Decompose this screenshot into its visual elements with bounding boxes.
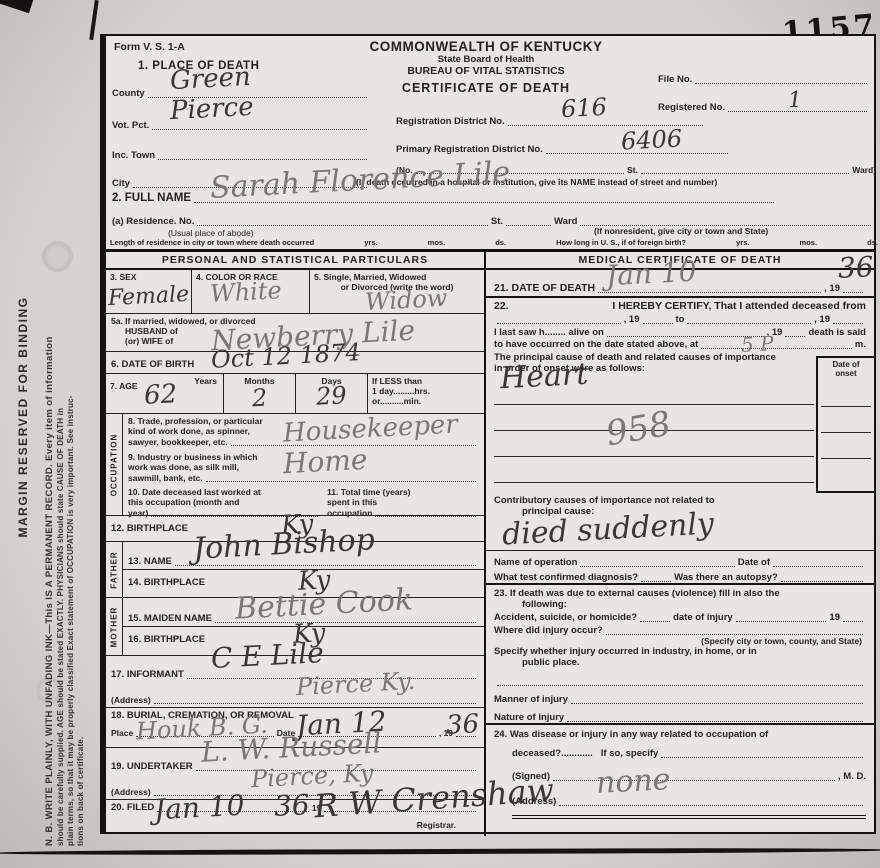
- file-no-row: File No.: [658, 74, 870, 85]
- mother-name-label: 15. MAIDEN NAME: [128, 613, 212, 624]
- onset-label-2: onset: [818, 369, 874, 378]
- q23-2: following:: [522, 599, 866, 610]
- margin-line-2: should be carefully supplied. AGE should…: [56, 34, 65, 846]
- contributory-value: died suddenly: [501, 509, 714, 550]
- primary-district-row: Primary Registration District No. 6406: [396, 144, 731, 155]
- primary-district-value: 6406: [620, 126, 682, 153]
- contributory-block: Contributory causes of importance not re…: [486, 493, 874, 551]
- sex-race-marital-row: 3. SEX Female 4. COLOR OR RACE White 5. …: [106, 270, 484, 314]
- q24-1: 24. Was disease or injury in any way rel…: [494, 729, 866, 740]
- occupation-side-label: OCCUPATION: [110, 433, 119, 496]
- age-days-value: 29: [315, 383, 347, 409]
- informant-address-label: (Address): [111, 695, 151, 705]
- q23-8: Specify whether injury occurred in indus…: [494, 646, 866, 657]
- marital-cell: 5. Single, Married, Widowed or Divorced …: [310, 270, 484, 313]
- dob-row: 6. DATE OF BIRTH Oct 12 1874: [106, 352, 484, 374]
- certify-block: 22. I HEREBY CERTIFY, That I attended de…: [486, 298, 874, 352]
- certify-from-blank: [497, 314, 621, 324]
- date-of-death-label: 21. DATE OF DEATH: [494, 282, 595, 294]
- onset-line-2: [821, 432, 871, 433]
- age-years-value: 62: [143, 381, 177, 409]
- how-long-us-label: How long in U. S., if of foreign birth?: [556, 238, 686, 247]
- contributory-1: Contributory causes of importance not re…: [494, 495, 866, 506]
- occupation-group: OCCUPATION 8. Trade, profession, or part…: [106, 414, 484, 516]
- undertaker-address-label: (Address): [111, 787, 151, 797]
- reg-district-label: Registration District No.: [396, 116, 505, 127]
- informant-address-value: Pierce Ky.: [295, 669, 415, 699]
- onset-line-3: [821, 458, 871, 459]
- undertaker-label: 19. UNDERTAKER: [111, 761, 193, 772]
- residence-ward-blank: [580, 216, 871, 226]
- occurred-hour-blank: [701, 339, 852, 349]
- board-title: State Board of Health: [321, 54, 651, 65]
- age-less-3: or..........min.: [372, 396, 480, 406]
- margin-line-3: plain terms, so that it may be properly …: [66, 34, 75, 846]
- certify-19a: , 19: [624, 314, 640, 325]
- industry-row: 9. Industry or business in which work wa…: [123, 450, 484, 485]
- q23-where-label: Where did injury occur?: [494, 625, 603, 636]
- us-ds-label: ds.: [867, 238, 878, 247]
- file-no-label: File No.: [658, 74, 692, 85]
- full-name-label: 2. FULL NAME: [112, 192, 191, 204]
- mother-side-label: MOTHER: [110, 606, 119, 647]
- q24-deceased-label: deceased?............: [512, 748, 593, 759]
- q23-injury-date-blank: [736, 612, 827, 622]
- residence-ward-label: Ward: [554, 216, 577, 227]
- age-days-cell: Days 29: [296, 374, 368, 413]
- test-autopsy-row: What test confirmed diagnosis? Was there…: [486, 568, 874, 585]
- age-row: 7. AGE Years 62 Months 2 Days 29 If LESS…: [106, 374, 484, 414]
- age-less-2: 1 day.........hrs.: [372, 386, 480, 396]
- q23-specify-note: (Specify city or town, county, and State…: [494, 636, 862, 646]
- race-cell: 4. COLOR OR RACE White: [192, 270, 310, 313]
- q24-specify-label: If so, specify: [601, 748, 659, 759]
- street-st-label: St.: [627, 165, 638, 175]
- length-residence-strip: Length of residence in city or town wher…: [110, 238, 878, 247]
- cause-rule-4: [494, 482, 814, 483]
- md-label: , M. D.: [838, 771, 866, 782]
- inc-town-row: Inc. Town: [112, 150, 370, 161]
- informant-address-row: (Address) Pierce Ky.: [106, 682, 484, 708]
- nature-blank: [567, 712, 863, 722]
- external-causes-block: 23. If death was due to external causes …: [486, 585, 874, 685]
- scanned-paper: 1157 MARGIN RESERVED FOR BINDING N. B. W…: [0, 0, 880, 868]
- total-time-label-2: spent in this: [327, 497, 479, 507]
- sex-cell: 3. SEX Female: [106, 270, 192, 313]
- county-label: County: [112, 88, 145, 99]
- autopsy-blank: [781, 572, 863, 582]
- occupation-side-cell: OCCUPATION: [106, 414, 123, 515]
- last-worked-label-1: 10. Date deceased last worked at: [128, 487, 321, 497]
- margin-line-4: tions on back of certificate.: [76, 546, 85, 846]
- q23-19-blank: [843, 612, 863, 622]
- manner-row: Manner of injury: [486, 685, 874, 705]
- date-of-death-value: Jan 10: [605, 258, 697, 291]
- age-months-cell: Months 2: [224, 374, 296, 413]
- medical-certificate-column: MEDICAL CERTIFICATE OF DEATH 21. DATE OF…: [486, 252, 874, 836]
- operation-label: Name of operation: [494, 557, 577, 568]
- abode-note: (Usual place of abode): [168, 228, 254, 238]
- registered-no-label: Registered No.: [658, 102, 725, 113]
- father-side-cell: FATHER: [106, 542, 123, 597]
- dod-year-prefix: , 19: [824, 283, 840, 294]
- length-residence-label: Length of residence in city or town wher…: [110, 238, 314, 247]
- q23-where-blank: [606, 625, 863, 635]
- autopsy-label: Was there an autopsy?: [674, 572, 778, 583]
- age-months-value: 2: [251, 386, 268, 411]
- inc-town-label: Inc. Town: [112, 150, 155, 161]
- scan-artifact-top-left: [0, 0, 33, 13]
- residence-st-blank: [506, 216, 551, 226]
- occurred-label: to have occurred on the date stated abov…: [494, 339, 698, 350]
- residence-no-blank: [197, 216, 488, 226]
- dod-year-value: 36: [837, 253, 874, 283]
- hour-value: 5 P: [740, 333, 774, 355]
- death-certificate-form: Form V. S. 1-A COMMONWEALTH OF KENTUCKY …: [100, 34, 876, 834]
- personal-particulars-column: PERSONAL AND STATISTICAL PARTICULARS 3. …: [106, 252, 486, 836]
- certify-to-blank: [687, 314, 811, 324]
- personal-header: PERSONAL AND STATISTICAL PARTICULARS: [106, 252, 484, 270]
- primary-district-label: Primary Registration District No.: [396, 144, 543, 155]
- certify-no: 22.: [494, 300, 509, 312]
- dob-value: Oct 12 1874: [210, 340, 361, 372]
- filed-label: 20. FILED: [111, 802, 154, 813]
- last-saw-label: I last saw h........ alive on: [494, 327, 604, 338]
- certify-text: I HEREBY CERTIFY, That I attended deceas…: [612, 300, 866, 312]
- length-ds-label: ds.: [495, 238, 506, 247]
- scan-artifact-fold: [89, 0, 99, 40]
- q24-specify-blank: [661, 748, 863, 758]
- test-blank: [641, 572, 671, 582]
- industry-value: Home: [282, 446, 368, 478]
- father-name-row: 13. NAME John Bishop: [123, 542, 484, 570]
- total-time-label-1: 11. Total time (years): [327, 487, 479, 497]
- cause-value: Heart: [499, 360, 589, 395]
- us-mos-label: mos.: [800, 238, 818, 247]
- operation-row: Name of operation Date of: [486, 551, 874, 568]
- manner-blank: [571, 694, 863, 704]
- file-no-blank: [695, 74, 867, 84]
- commonwealth-title: COMMONWEALTH OF KENTUCKY: [321, 39, 651, 54]
- certify-to-label: to: [676, 314, 685, 325]
- filed-date-value: Jan 10: [153, 792, 245, 825]
- age-label: 7. AGE: [110, 381, 138, 391]
- precinct-label: Vot. Pct.: [112, 120, 149, 131]
- residence-st-label: St.: [491, 216, 503, 227]
- us-yrs-label: yrs.: [736, 238, 749, 247]
- q23-accident-label: Accident, suicide, or homicide?: [494, 612, 637, 623]
- manner-label: Manner of injury: [494, 694, 568, 705]
- date-of-death-row: 21. DATE OF DEATH , 19 Jan 10 36: [486, 270, 874, 298]
- father-name-label: 13. NAME: [128, 556, 172, 567]
- nature-row: Nature of injury: [486, 705, 874, 725]
- death-said-label: death is said: [808, 327, 866, 338]
- q23-accident-blank: [640, 612, 670, 622]
- mother-bp-label: 16. BIRTHPLACE: [128, 634, 205, 645]
- form-header-section: Form V. S. 1-A COMMONWEALTH OF KENTUCKY …: [106, 36, 874, 252]
- sex-label: 3. SEX: [110, 272, 187, 282]
- age-less-cell: If LESS than 1 day.........hrs. or......…: [368, 374, 484, 413]
- street-st-blank: [641, 164, 849, 174]
- dob-label: 6. DATE OF BIRTH: [111, 359, 194, 370]
- last-saw-19-blank: [785, 327, 805, 337]
- filed-year-value: 36: [273, 791, 310, 821]
- date-of-onset-box: Date of onset: [816, 356, 876, 493]
- marital-value: Widow: [364, 286, 447, 314]
- filed-row: 20. FILED 19 Registrar. Jan 10 36 R W Cr…: [106, 800, 484, 836]
- informant-value: C E Lile: [210, 639, 324, 673]
- precinct-row: Vot. Pct. Pierce: [112, 120, 370, 131]
- cause-code: 958: [604, 407, 674, 452]
- residence-label: (a) Residence. No.: [112, 216, 194, 227]
- industry-label-3: sawmill, bank, etc.: [128, 473, 203, 483]
- q23-injury-date-label: date of injury: [673, 612, 733, 623]
- father-side-label: FATHER: [110, 551, 119, 588]
- birthplace-label: 12. BIRTHPLACE: [111, 523, 188, 534]
- signed-value: none: [595, 765, 671, 799]
- q23-19: 19: [829, 612, 840, 623]
- cause-rule-3: [494, 456, 814, 457]
- q23-9: public place.: [522, 657, 866, 668]
- mother-side-cell: MOTHER: [106, 598, 123, 655]
- father-bp-label: 14. BIRTHPLACE: [128, 577, 205, 588]
- certify-19b: , 19: [814, 314, 830, 325]
- nonresident-note: (If nonresident, give city or town and S…: [594, 226, 768, 236]
- trade-label-3: sawyer, bookkeeper, etc.: [128, 437, 228, 447]
- certify-19a-blank: [643, 314, 673, 324]
- reg-district-value: 616: [560, 95, 607, 121]
- marital-label-1: 5. Single, Married, Widowed: [314, 272, 480, 282]
- county-value: Green: [169, 64, 251, 94]
- test-label: What test confirmed diagnosis?: [494, 572, 638, 583]
- onset-label-1: Date of: [818, 358, 874, 369]
- margin-instructions: N. B. WRITE PLAINLY, WITH UNFADING INK—T…: [44, 34, 85, 846]
- registrar-label: Registrar.: [417, 820, 456, 830]
- margin-line-1: N. B. WRITE PLAINLY, WITH UNFADING INK—T…: [44, 34, 55, 846]
- registered-no-value: 1: [787, 90, 802, 113]
- onset-line-1: [821, 406, 871, 407]
- age-years-label: Years: [194, 376, 217, 386]
- q23-1: 23. If death was due to external causes …: [494, 588, 866, 599]
- precinct-value: Pierce: [169, 94, 254, 124]
- sex-value: Female: [107, 284, 189, 310]
- length-mos-label: mos.: [428, 238, 446, 247]
- operation-blank: [580, 557, 734, 567]
- full-name-row: 2. FULL NAME Sarah Florence Lile: [112, 192, 777, 204]
- length-yrs-label: yrs.: [364, 238, 377, 247]
- age-years-cell: 7. AGE Years 62: [106, 374, 224, 413]
- operation-date-label: Date of: [738, 557, 770, 568]
- burial-year-value: 36: [445, 711, 479, 739]
- registered-no-row: Registered No. 1: [658, 102, 870, 113]
- certify-19b-blank: [833, 314, 863, 324]
- last-worked-label-2: this occupation (month and: [128, 497, 239, 507]
- operation-date-blank: [773, 557, 863, 567]
- bureau-title: BUREAU OF VITAL STATISTICS: [321, 65, 651, 77]
- burial-place-label: Place: [111, 728, 133, 738]
- nature-label: Nature of injury: [494, 712, 564, 723]
- race-value: White: [209, 278, 282, 306]
- informant-label: 17. INFORMANT: [111, 669, 184, 680]
- q23-extra-blank: [497, 676, 863, 686]
- city-label: City: [112, 178, 130, 189]
- margin-binding-text: MARGIN RESERVED FOR BINDING: [16, 72, 30, 762]
- age-less-1: If LESS than: [372, 376, 480, 386]
- m-label: m.: [855, 339, 866, 350]
- form-code: Form V. S. 1-A: [114, 41, 185, 53]
- trade-row: 8. Trade, profession, or particular kind…: [123, 414, 484, 450]
- form-title-block: COMMONWEALTH OF KENTUCKY State Board of …: [321, 39, 651, 95]
- inc-town-blank: [158, 150, 367, 160]
- scan-artifact-bottom-edge: [0, 847, 880, 855]
- street-ward-label: Ward): [852, 165, 876, 175]
